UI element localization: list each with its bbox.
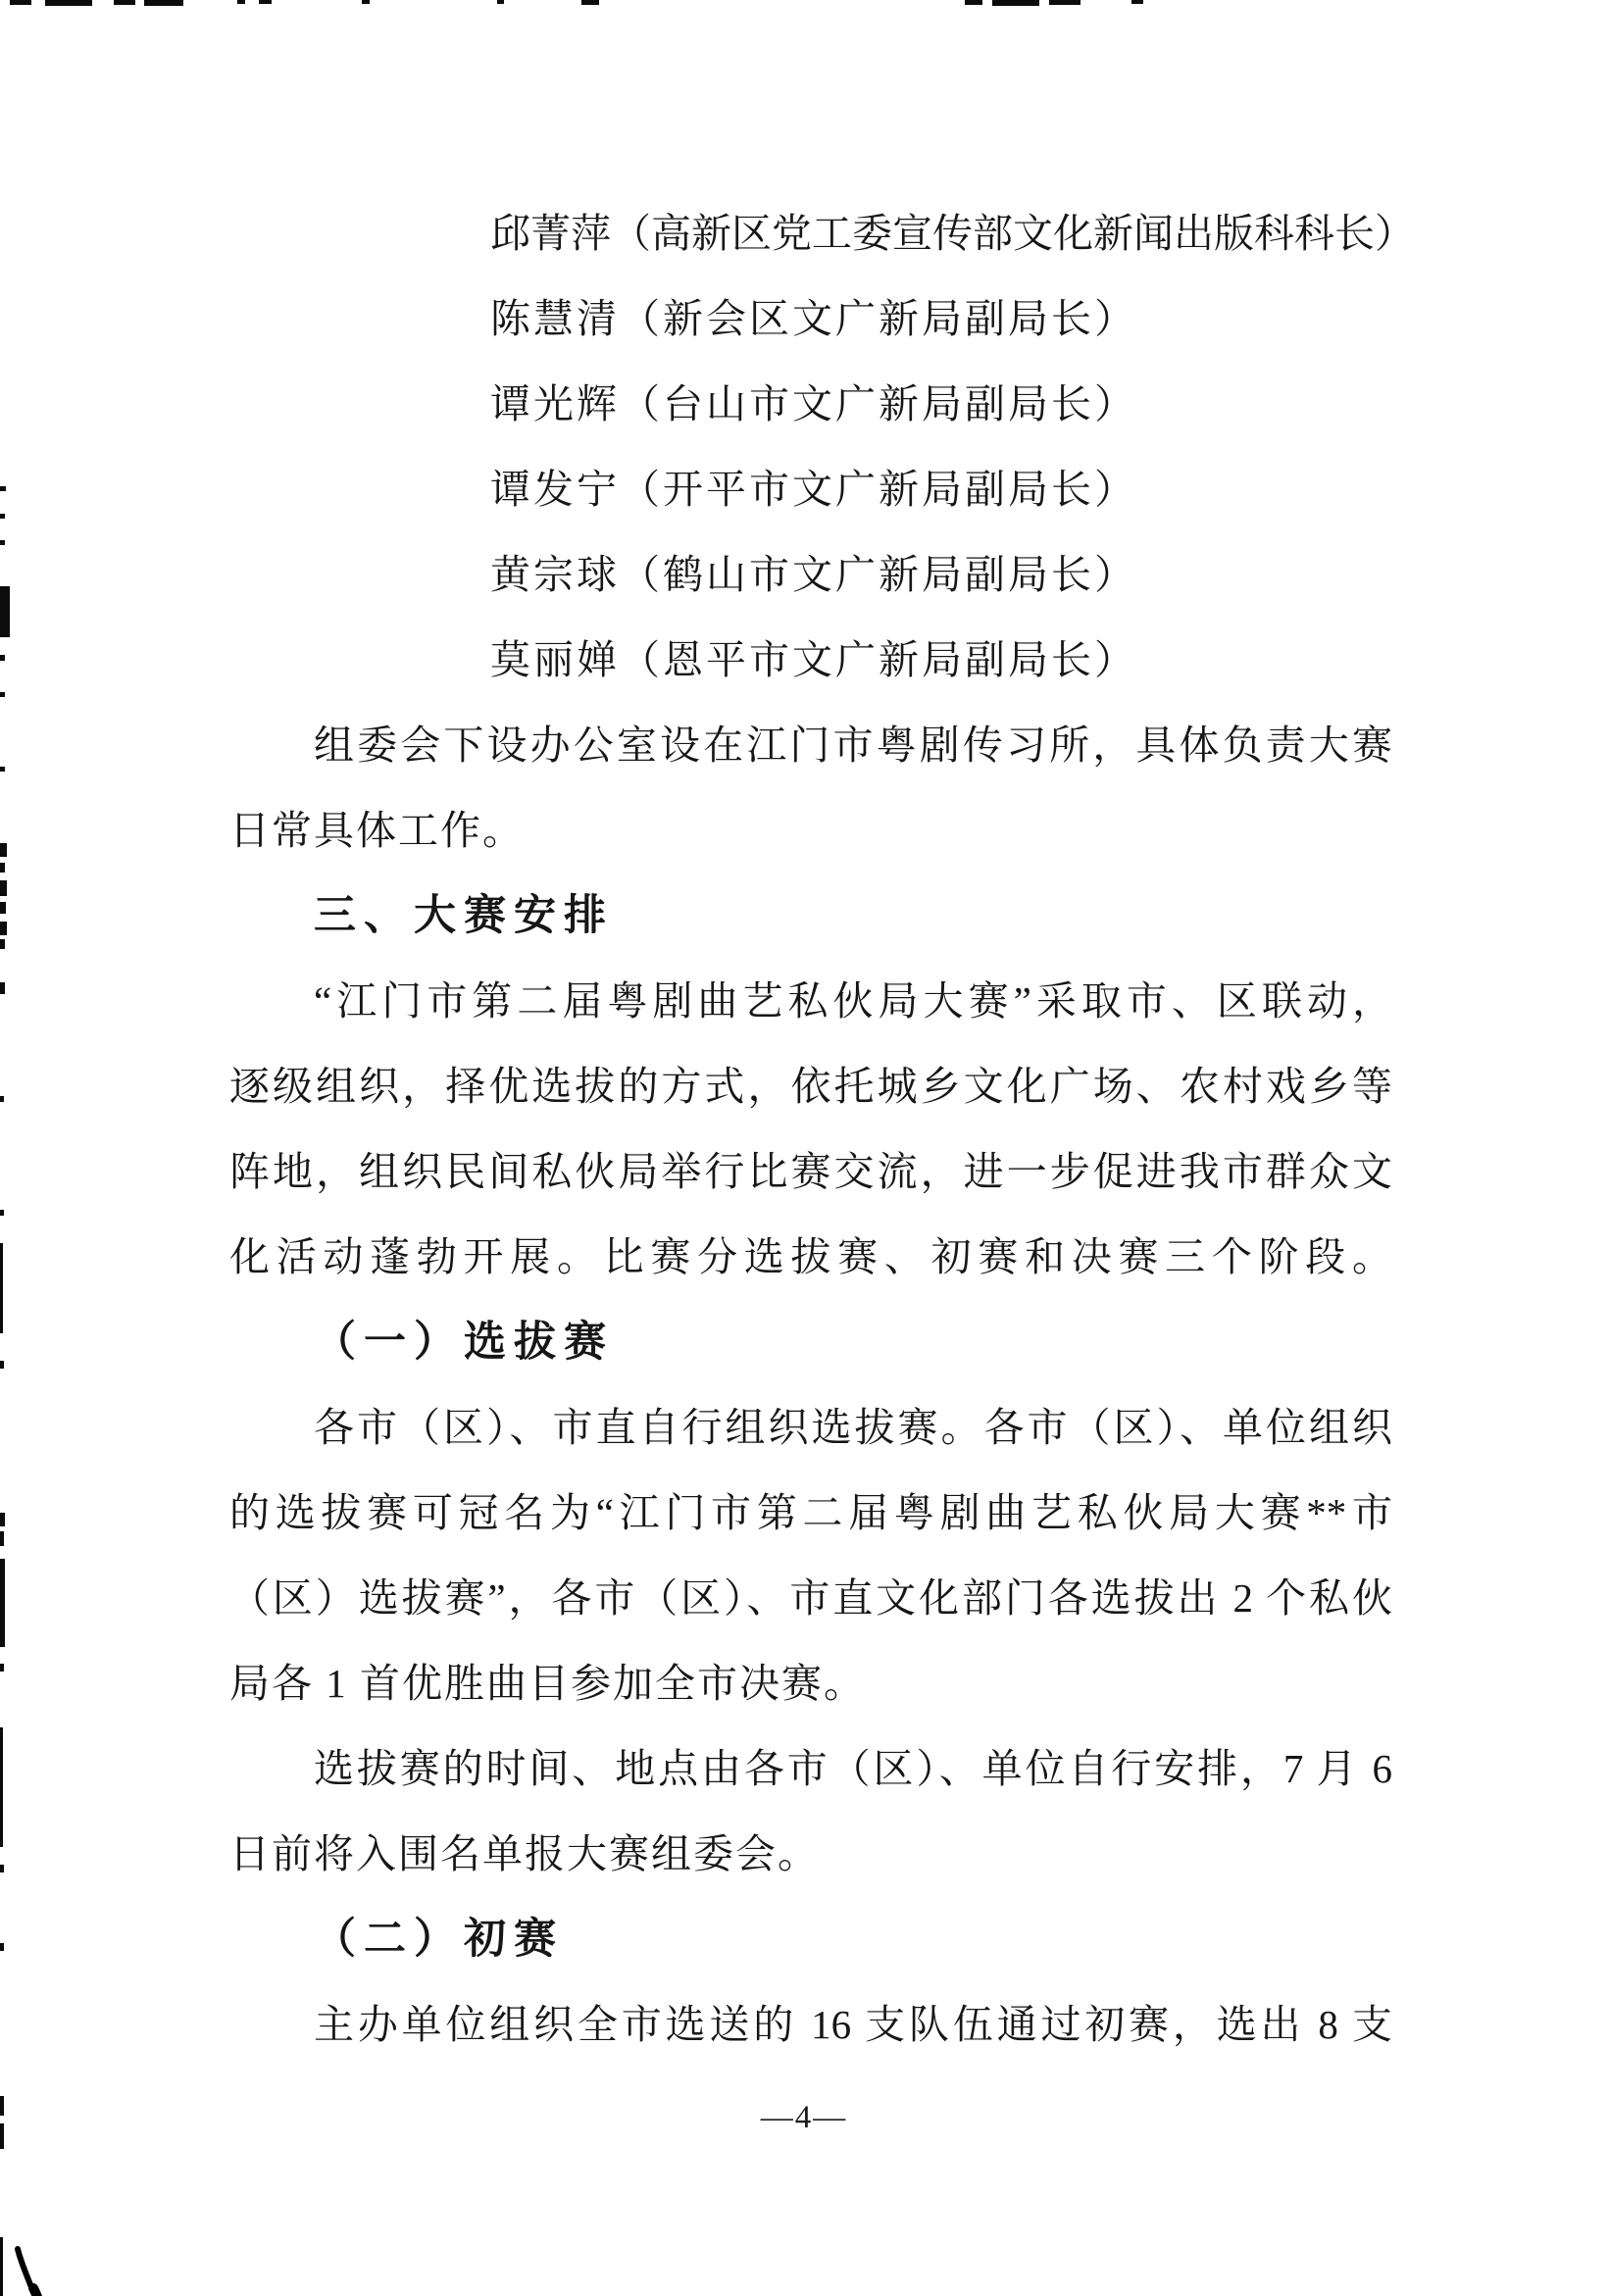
document-line: 三、大赛安排 <box>229 873 1392 959</box>
scan-dash <box>259 0 272 4</box>
scan-tick <box>0 939 5 949</box>
document-line: 各市（区）、市直自行组织选拔赛。各市（区）、单位组织 <box>229 1385 1392 1471</box>
scan-tick <box>0 1664 4 1672</box>
pen-stroke-mark <box>10 2245 43 2296</box>
document-line: 逐级组织，择优选拔的方式，依托城乡文化广场、农村戏乡等 <box>229 1044 1392 1129</box>
document-line: 莫丽婵（恩平市文广新局副局长） <box>490 618 1392 703</box>
document-body: 邱菁萍（高新区党工委宣传部文化新闻出版科科长）陈慧清（新会区文广新局副局长）谭光… <box>229 191 1392 2068</box>
scan-tick <box>0 880 7 896</box>
scan-tick <box>0 514 5 519</box>
scan-dash <box>237 0 245 4</box>
scan-tick <box>0 1513 5 1526</box>
document-line: 邱菁萍（高新区党工委宣传部文化新闻出版科科长） <box>490 191 1392 276</box>
scan-dash <box>581 0 599 5</box>
scan-tick <box>0 1531 4 1546</box>
scan-tick <box>0 1865 4 1872</box>
document-line: 阵地，组织民间私伙局举行比赛交流，进一步促进我市群众文 <box>229 1129 1392 1215</box>
document-line: 组委会下设办公室设在江门市粤剧传习所，具体负责大赛 <box>229 703 1392 788</box>
scan-dash <box>1131 0 1143 4</box>
document-line: 日前将入围名单报大赛组委会。 <box>229 1812 1392 1897</box>
scan-tick <box>0 1559 5 1647</box>
document-line: 日常具体工作。 <box>229 788 1392 873</box>
scan-tick <box>0 1727 3 1847</box>
scan-tick <box>0 922 7 935</box>
document-line: （二）初赛 <box>229 1897 1392 1982</box>
document-line: 陈慧清（新会区文广新局副局长） <box>490 276 1392 362</box>
scan-tick <box>0 540 5 545</box>
scanned-document-page: 邱菁萍（高新区党工委宣传部文化新闻出版科科长）陈慧清（新会区文广新局副局长）谭光… <box>0 0 1608 2296</box>
scan-tick <box>0 843 7 857</box>
scan-dash <box>114 0 135 5</box>
page-number: —4— <box>0 2100 1608 2136</box>
scan-dash <box>497 0 504 4</box>
scan-dash <box>965 0 982 5</box>
document-line: 主办单位组织全市选送的 16 支队伍通过初赛，选出 8 支 <box>229 1982 1392 2068</box>
scan-tick <box>0 982 5 994</box>
scan-dash <box>362 0 370 4</box>
scan-dash <box>10 0 31 5</box>
document-line: 的选拔赛可冠名为“江门市第二届粤剧曲艺私伙局大赛**市 <box>229 1471 1392 1556</box>
scan-dash <box>45 0 92 6</box>
scan-tick <box>0 902 6 914</box>
scan-tick <box>0 655 5 661</box>
scan-tick <box>0 2237 3 2296</box>
scan-tick <box>0 1243 3 1333</box>
scan-tick <box>0 863 5 873</box>
document-line: 谭发宁（开平市文广新局副局长） <box>490 447 1392 532</box>
document-line: （区）选拔赛”，各市（区）、市直文化部门各选拔出 2 个私伙 <box>229 1556 1392 1641</box>
scan-tick <box>0 586 10 637</box>
scan-tick <box>0 486 6 491</box>
document-line: 谭光辉（台山市文广新局副局长） <box>490 362 1392 447</box>
document-line: 化活动蓬勃开展。比赛分选拔赛、初赛和决赛三个阶段。 <box>229 1215 1392 1300</box>
scan-dash <box>144 0 183 6</box>
scan-dash <box>1049 0 1080 5</box>
document-line: “江门市第二届粤剧曲艺私伙局大赛”采取市、区联动， <box>229 959 1392 1044</box>
document-line: （一）选拔赛 <box>229 1300 1392 1385</box>
document-line: 局各 1 首优胜曲目参加全市决赛。 <box>229 1641 1392 1726</box>
scan-tick <box>0 1361 4 1369</box>
scan-tick <box>0 1943 4 1951</box>
scan-dash <box>992 0 1039 6</box>
scan-tick <box>0 1210 4 1216</box>
scan-tick <box>0 767 5 772</box>
document-line: 选拔赛的时间、地点由各市（区）、单位自行安排，7 月 6 <box>229 1726 1392 1812</box>
document-line: 黄宗球（鹤山市文广新局副局长） <box>490 532 1392 618</box>
scan-tick <box>0 692 5 697</box>
scan-tick <box>0 1096 4 1102</box>
